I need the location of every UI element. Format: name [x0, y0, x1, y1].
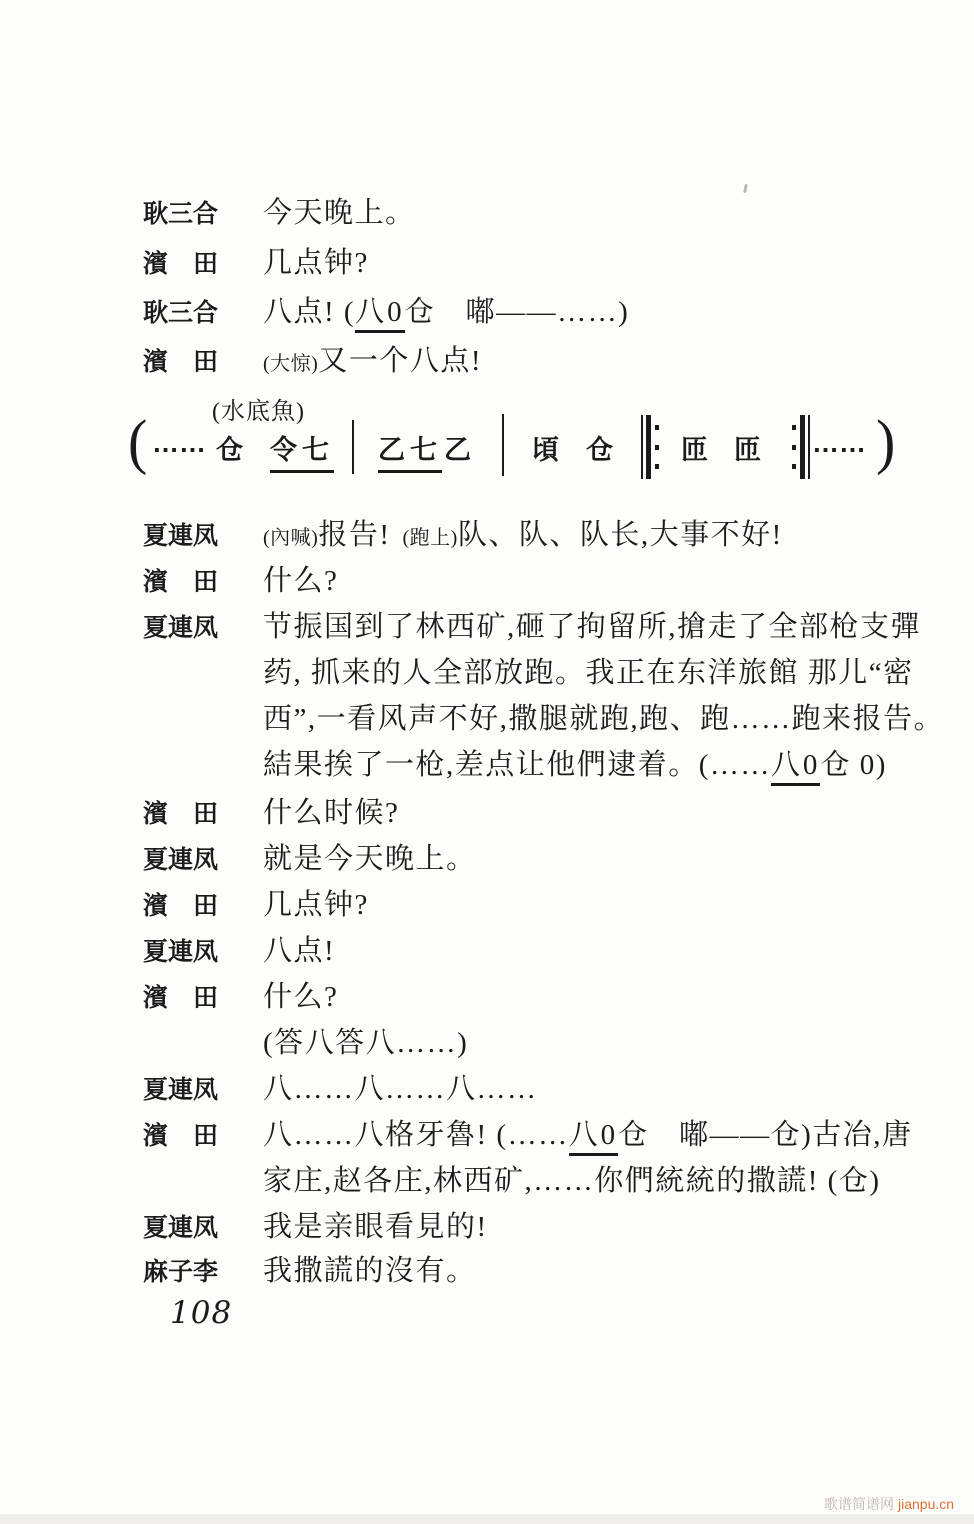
speaker-name: 夏連凤 [143, 840, 219, 876]
dialogue-row: 濱 田几点钟? [143, 882, 369, 923]
dialogue-row: 濱 田几点钟? [143, 240, 369, 281]
dialogue-text: 八……八格牙魯! (…… [263, 1119, 569, 1151]
dialogue-row: 夏連凤就是今天晚上。 [143, 836, 477, 877]
dialogue-text: 药, 抓来的人全部放跑。我正在东洋旅館 那儿“密 [263, 657, 914, 689]
dialogue-row: 耿三合八点! (八0仓 嘟——……) [143, 289, 629, 330]
dialogue-text: 今天晚上。 [263, 197, 416, 229]
speaker-name: 夏連凤 [143, 608, 219, 644]
speaker-name: 耿三合 [143, 293, 219, 329]
dialogue-text: 八……八……八…… [263, 1073, 538, 1105]
stage-direction: (大惊) [263, 353, 318, 375]
page-number: 108 [170, 1295, 232, 1331]
dialogue-row: 濱 田八……八格牙魯! (……八0仓 嘟——仓)古冶,唐 [143, 1112, 913, 1153]
dialogue-row: 濱 田什么时候? [143, 790, 399, 831]
speaker-name: 濱 田 [143, 244, 219, 280]
percussion-syllable: 頃 [532, 428, 559, 467]
dialogue-row: 濱 田(大惊)又一个八点! [143, 338, 482, 379]
open-paren: ( [128, 406, 147, 476]
dialogue-row: 夏連凤我是亲眼看見的! [143, 1204, 488, 1245]
dialogue-row: 夏連凤(內喊)报告!(跑上)队、队、队长,大事不好! [143, 512, 783, 553]
dialogue-text: 什么? [263, 981, 338, 1013]
speaker-name: 濱 田 [143, 562, 219, 598]
dialogue-text: 报告! [318, 519, 390, 551]
dialogue-row: 濱 田什么? [143, 558, 338, 599]
percussion-underlined: 八0 [569, 1119, 619, 1156]
dialogue-text: 結果挨了一枪,差点让他們逮着。(…… [263, 749, 771, 781]
speaker-name: 夏連凤 [143, 932, 219, 968]
sound-effect-line: (答八答八……) [263, 1020, 468, 1061]
dialogue-text: 西”,一看风声不好,撒腿就跑,跑、跑……跑来报告。 [263, 703, 944, 735]
dialogue-text: 什么时候? [263, 797, 399, 829]
close-paren: ) [876, 406, 895, 476]
speaker-name: 濱 田 [143, 978, 219, 1014]
dialogue-text: (答八答八……) [263, 1027, 468, 1059]
dialogue-text: 几点钟? [263, 247, 369, 279]
percussion-syllable: 匝 [681, 428, 708, 467]
percussion-syllable: 乙 [444, 428, 471, 467]
watermark: 歌谱简谱网jianpu.cn [824, 1494, 954, 1514]
dialogue-row: 耿三合今天晚上。 [143, 190, 416, 231]
dialogue-row: 濱 田什么? [143, 974, 338, 1015]
dialogue-row: 麻子李我撒謊的沒有。 [143, 1248, 477, 1289]
barline [502, 414, 504, 476]
dialogue-row: 夏連凤节振国到了林西矿,砸了拘留所,搶走了全部枪支彈 [143, 604, 921, 645]
dialogue-text: 家庄,赵各庄,林西矿,……你們統統的撒謊! (仓) [263, 1165, 880, 1197]
dialogue-text: 仓 0) [820, 749, 886, 781]
speaker-name: 夏連凤 [143, 516, 219, 552]
stage-direction: (跑上) [403, 527, 458, 549]
dialogue-text: 仓 嘟——……) [405, 296, 630, 328]
repeat-open-sign [641, 415, 663, 479]
stage-direction: (內喊) [263, 527, 318, 549]
dialogue-continuation: 結果挨了一枪,差点让他們逮着。(……八0仓 0) [263, 742, 887, 783]
percussion-notation-line: ( …… 仓 令七 乙七 乙 頃 仓 匝 匝 …… ) [0, 412, 974, 496]
barline [352, 420, 354, 474]
dialogue-row: 夏連凤八……八……八…… [143, 1066, 538, 1107]
dialogue-continuation: 家庄,赵各庄,林西矿,……你們統統的撒謊! (仓) [263, 1158, 880, 1199]
dialogue-text: 就是今天晚上。 [263, 843, 477, 875]
dialogue-text: 节振国到了林西矿,砸了拘留所,搶走了全部枪支彈 [263, 611, 921, 643]
percussion-syllable: 匝 [734, 428, 761, 467]
dialogue-continuation: 药, 抓来的人全部放跑。我正在东洋旅館 那儿“密 [263, 650, 914, 691]
percussion-syllable: 仓 [216, 428, 243, 467]
watermark-site-name: 歌谱简谱网 [824, 1496, 894, 1512]
dialogue-text: 又一个八点! [318, 345, 482, 377]
percussion-underlined: 八0 [355, 296, 405, 333]
percussion-syllable: 仓 [586, 428, 613, 467]
scan-edge-shade [0, 1514, 974, 1524]
speaker-name: 麻子李 [143, 1252, 219, 1288]
dialogue-text: 我是亲眼看見的! [263, 1211, 488, 1243]
speaker-name: 濱 田 [143, 1116, 219, 1152]
speaker-name: 耿三合 [143, 194, 219, 230]
dialogue-text: 八点! [263, 935, 335, 967]
ellipsis-dots: …… [812, 428, 866, 459]
speaker-name: 濱 田 [143, 342, 219, 378]
scanned-script-page: 耿三合今天晚上。 濱 田几点钟? 耿三合八点! (八0仓 嘟——……) 濱 田(… [0, 0, 974, 1524]
dialogue-row: 夏連凤八点! [143, 928, 335, 969]
dialogue-text: 我撒謊的沒有。 [263, 1255, 477, 1287]
dialogue-text: 队、队、队长,大事不好! [458, 519, 783, 551]
scan-speck [743, 184, 748, 193]
dialogue-text: 八点! ( [263, 296, 355, 328]
percussion-syllable-underlined: 令七 [270, 428, 334, 473]
repeat-close-sign [788, 415, 810, 479]
speaker-name: 濱 田 [143, 886, 219, 922]
dialogue-text: 几点钟? [263, 889, 369, 921]
speaker-name: 夏連凤 [143, 1070, 219, 1106]
ellipsis-dots: …… [152, 428, 206, 459]
dialogue-text: 什么? [263, 565, 338, 597]
dialogue-text: 仓 嘟——仓)古冶,唐 [618, 1119, 912, 1151]
watermark-site-url: jianpu.cn [898, 1496, 954, 1512]
percussion-syllable-underlined: 乙七 [378, 428, 442, 473]
dialogue-continuation: 西”,一看风声不好,撒腿就跑,跑、跑……跑来报告。 [263, 696, 944, 737]
percussion-underlined: 八0 [771, 749, 821, 786]
speaker-name: 濱 田 [143, 794, 219, 830]
speaker-name: 夏連凤 [143, 1208, 219, 1244]
